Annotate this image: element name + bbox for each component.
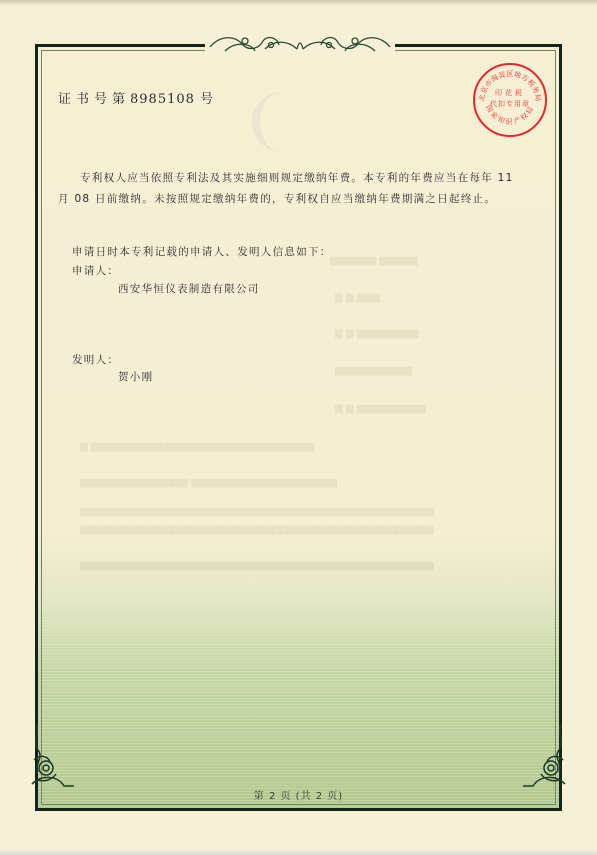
guilloche-background-pattern xyxy=(38,578,559,808)
official-seal: 北京市海淀区地方税务局 国家知识产权局 印花税 代扣专用章 xyxy=(472,62,548,138)
watermark-logo xyxy=(252,92,340,152)
seal-center-line-1: 印花税 xyxy=(472,88,548,99)
page-number: 第 2 页 (共 2 页) xyxy=(0,787,597,802)
paper-top-edge xyxy=(0,0,597,6)
parties-intro: 申请日时本专利记载的申请人、发明人信息如下： xyxy=(72,244,332,259)
applicant-name: 西安华恒仪表制造有限公司 xyxy=(118,281,260,296)
paper-bottom-edge xyxy=(0,849,597,855)
certificate-number-value: 8985108 xyxy=(130,92,195,107)
show-through-text: ▆▆▆▆▆▆▆▆▆▆▆▆▆▆ ▆▆▆▆▆▆▆▆▆▆▆▆▆▆▆▆▆▆▆ xyxy=(80,477,337,488)
corner-flourish-icon xyxy=(28,720,76,792)
inventor-name: 贺小刚 xyxy=(118,369,153,384)
certificate-number: 证书号第8985108 号 xyxy=(58,88,214,107)
show-through-text: ▆▆▆▆▆▆▆▆▆▆▆▆▆▆▆▆▆▆▆▆▆▆▆▆▆▆▆▆▆▆▆▆▆▆▆▆▆▆▆▆… xyxy=(80,524,434,535)
show-through-text: ▆ ▆ ▆▆▆▆▆▆▆▆▆ xyxy=(335,403,426,414)
bottom-right-corner-ornament xyxy=(521,720,569,792)
top-scroll-ornament xyxy=(205,27,395,57)
annual-fee-notice: 专利权人应当依照专利法及其实施细则规定缴纳年费。本专利的年费应当在每年 11 月… xyxy=(58,168,528,210)
show-through-text: ▆ ▆ ▆▆▆ xyxy=(335,292,380,303)
scroll-ornament-icon xyxy=(205,27,395,57)
corner-flourish-icon xyxy=(521,720,569,792)
show-through-text: ▆ ▆ ▆▆▆▆▆▆▆▆ xyxy=(335,328,418,339)
show-through-text: ▆▆▆▆▆▆▆▆▆▆▆▆▆▆▆▆▆▆▆▆▆▆▆▆▆▆▆▆▆▆▆▆▆▆▆▆▆▆▆▆… xyxy=(80,560,434,571)
bottom-left-corner-ornament xyxy=(28,720,76,792)
inventor-label: 发明人： xyxy=(72,352,119,367)
show-through-text: ▆▆▆▆▆▆ ▆▆▆▆▆ xyxy=(330,255,418,266)
certificate-number-label: 证书号第 xyxy=(58,92,130,107)
certificate-number-suffix: 号 xyxy=(200,92,214,107)
applicant-label: 申请人： xyxy=(72,263,119,278)
certificate-frame xyxy=(35,44,562,811)
show-through-text: ▆▆▆▆▆▆▆▆▆▆ xyxy=(335,365,412,376)
seal-center-text: 印花税 代扣专用章 xyxy=(472,88,548,110)
seal-center-line-2: 代扣专用章 xyxy=(472,99,548,110)
show-through-text: ▆ ▆▆▆▆▆▆▆▆▆▆▆▆▆▆▆▆▆▆▆▆▆▆▆▆▆▆▆▆▆ xyxy=(80,441,314,452)
show-through-text: ▆▆▆▆▆▆▆▆▆▆▆▆▆▆▆▆▆▆▆▆▆▆▆▆▆▆▆▆▆▆▆▆▆▆▆▆▆▆▆▆… xyxy=(80,506,434,517)
